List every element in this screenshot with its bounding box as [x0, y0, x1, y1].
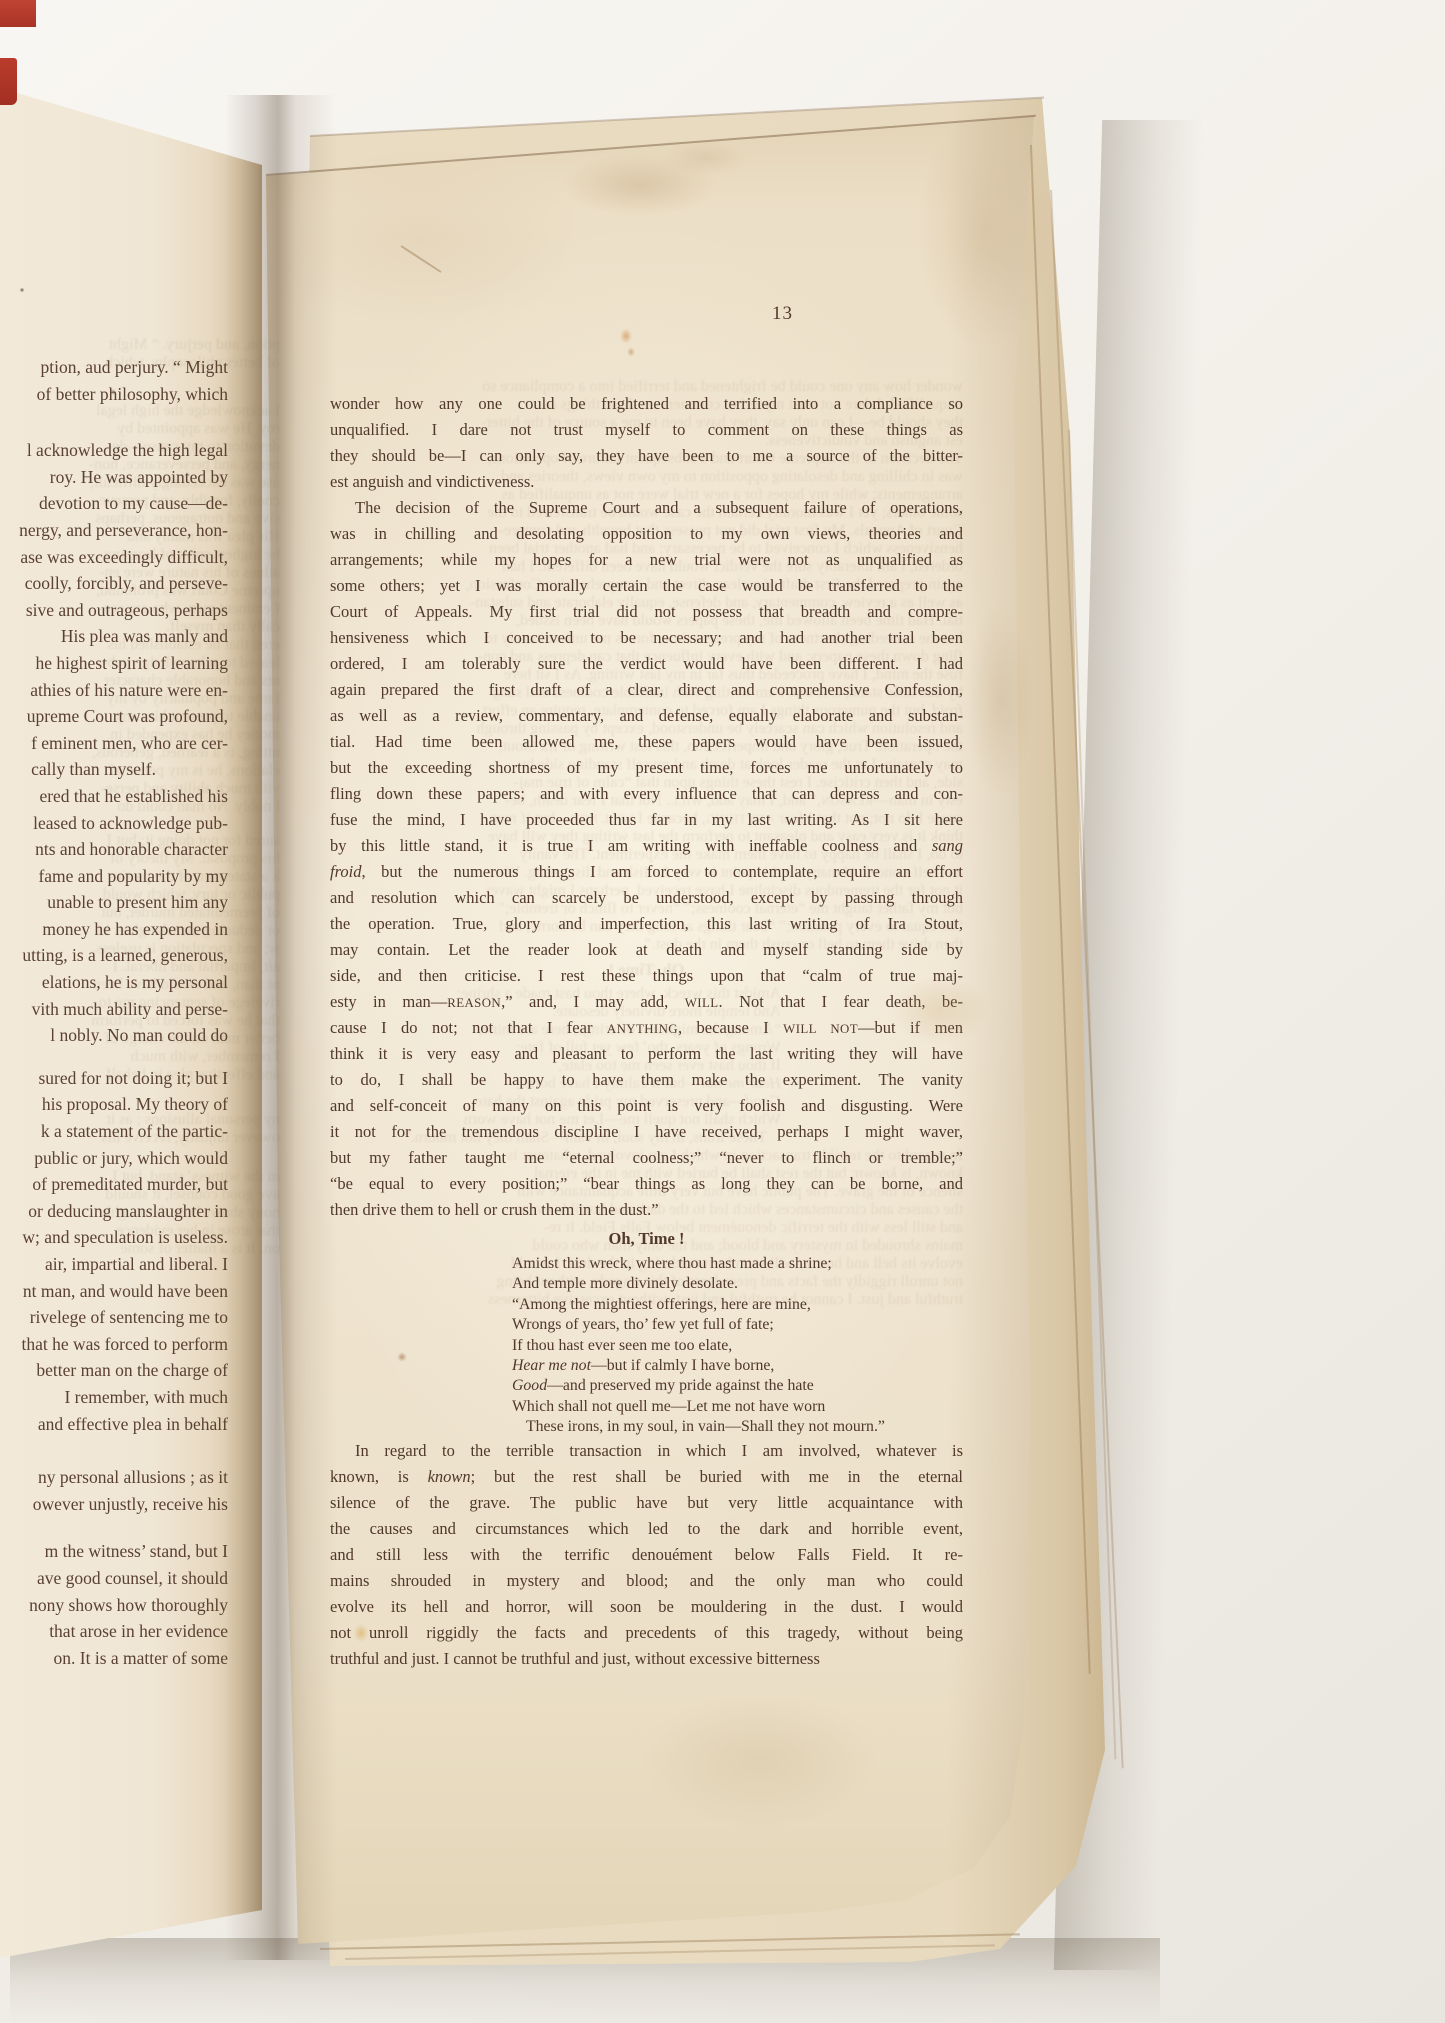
- text-line: tial. Had time been allowed me, these pa…: [330, 729, 963, 755]
- left-page-line: ase was exceedingly difficult,: [0, 544, 228, 571]
- left-page-line: I remember, with much: [0, 1384, 228, 1411]
- text-line: as well as a review, commentary, and def…: [330, 703, 963, 729]
- text-line: may contain. Let the reader look at deat…: [330, 937, 963, 963]
- poem-line: Good—and preserved my pride against the …: [512, 1376, 963, 1396]
- page-number: 13: [330, 303, 963, 325]
- left-page-line: money he has expended in: [0, 916, 228, 943]
- body-paragraph: The decision of the Supreme Court and a …: [330, 495, 963, 1223]
- left-page-line: utting, is a learned, generous,: [0, 942, 228, 969]
- left-page-line: and effective plea in behalf: [0, 1411, 228, 1438]
- left-page-line: w; and speculation is useless.: [0, 1224, 228, 1251]
- text-line: arrangements; while my hopes for a new t…: [330, 547, 963, 573]
- text-line: not unroll riggidly the facts and preced…: [330, 1620, 963, 1646]
- text-line: evolve its hell and horror, will soon be…: [330, 1594, 963, 1620]
- poem: Amidst this wreck, where thou hast made …: [512, 1254, 963, 1438]
- left-page-line: nony shows how thoroughly: [0, 1592, 228, 1619]
- left-page-line: of better philosophy, which: [0, 381, 228, 408]
- left-page-line: he highest spirit of learning: [0, 650, 228, 677]
- text-line: silence of the grave. The public have bu…: [330, 1490, 963, 1516]
- text-line: then drive them to hell or crush them in…: [330, 1197, 963, 1223]
- text-line: and resolution which can scarcely be und…: [330, 885, 963, 911]
- left-page-line: roy. He was appointed by: [0, 464, 228, 491]
- left-page-line: nts and honorable character: [0, 836, 228, 863]
- left-page-line: ered that he established his: [0, 783, 228, 810]
- left-page-line: l nobly. No man could do: [0, 1022, 228, 1049]
- left-page-line: on. It is a matter of some: [0, 1645, 228, 1672]
- left-page-text: ption, aud perjury. “ Mightof better phi…: [0, 354, 228, 1671]
- left-page-line: athies of his nature were en-: [0, 677, 228, 704]
- poem-line: These irons, in my soul, in vain—Shall t…: [526, 1417, 963, 1437]
- left-page-line: nt man, and would have been: [0, 1278, 228, 1305]
- red-object-edge: [0, 58, 17, 105]
- left-page-line: cally than myself.: [0, 756, 156, 783]
- page-number-value: 13: [772, 303, 793, 324]
- text-line: it not for the tremendous discipline I h…: [330, 1119, 963, 1145]
- left-page-line: f eminent men, who are cer-: [0, 730, 228, 757]
- left-page-line: ny personal allusions ; as it: [0, 1464, 228, 1491]
- text-line: think it is very easy and pleasant to pe…: [330, 1041, 963, 1067]
- text-line: and still less with the terrific denouém…: [330, 1542, 963, 1568]
- text-line: mains shrouded in mystery and blood; and…: [330, 1568, 963, 1594]
- text-line: but my father taught me “eternal coolnes…: [330, 1145, 963, 1171]
- left-page-line: that arose in her evidence: [0, 1618, 228, 1645]
- text-line: the operation. True, glory and imperfect…: [330, 911, 963, 937]
- left-page-line: public or jury, which would: [0, 1145, 228, 1172]
- text-line: fling down these papers; and with every …: [330, 781, 963, 807]
- text-line: In regard to the terrible transaction in…: [330, 1438, 963, 1464]
- text-line: unqualified. I dare not trust myself to …: [330, 417, 963, 443]
- body-paragraph: In regard to the terrible transaction in…: [330, 1438, 963, 1672]
- text-line: by this little stand, it is true I am wr…: [330, 833, 963, 859]
- red-object-edge: [0, 0, 36, 27]
- left-page-line: owever unjustly, receive his: [0, 1491, 228, 1518]
- left-page-line: vith much ability and perse-: [0, 996, 228, 1023]
- left-page-line: better man on the charge of: [0, 1357, 228, 1384]
- left-page-line: nergy, and perseverance, hon-: [0, 517, 228, 544]
- poem-line: And temple more divinely desolate.: [512, 1274, 963, 1294]
- left-page-line: His plea was manly and: [0, 623, 228, 650]
- text-line: Court of Appeals. My first trial did not…: [330, 599, 963, 625]
- text-line: side, and then criticise. I rest these t…: [330, 963, 963, 989]
- text-line: they should be—I can only say, they have…: [330, 443, 963, 469]
- right-page-text: wonder how any one could be frightened a…: [330, 391, 963, 1672]
- left-page-line: upreme Court was profound,: [0, 703, 228, 730]
- text-line: some others; yet I was morally certain t…: [330, 573, 963, 599]
- poem-line: Which shall not quell me—Let me not have…: [512, 1397, 963, 1417]
- text-line: was in chilling and desolating oppositio…: [330, 521, 963, 547]
- left-page-line: air, impartial and liberal. I: [0, 1251, 228, 1278]
- text-line: esty in man—REASON,” and, I may add, WIL…: [330, 989, 963, 1015]
- text-line: cause I do not; not that I fear ANYTHING…: [330, 1015, 963, 1041]
- left-page-line: leased to acknowledge pub-: [0, 810, 228, 837]
- text-line: truthful and just. I cannot be truthful …: [330, 1646, 963, 1672]
- left-page-line: l acknowledge the high legal: [0, 437, 228, 464]
- text-line: to do, I shall be happy to have them mak…: [330, 1067, 963, 1093]
- book-photograph: ption, aud perjury. “ Mightof better phi…: [0, 0, 1445, 2023]
- poem-title: Oh, Time !: [330, 1228, 963, 1250]
- text-line: ordered, I am tolerably sure the verdict…: [330, 651, 963, 677]
- left-page-line: that he was forced to perform: [0, 1331, 228, 1358]
- left-page-line: ption, aud perjury. “ Might: [0, 354, 228, 381]
- left-page-line: of premeditated murder, but: [0, 1171, 228, 1198]
- left-page-line: m the witness’ stand, but I: [0, 1538, 228, 1565]
- left-page-line: unable to present him any: [0, 889, 228, 916]
- text-line: wonder how any one could be frightened a…: [330, 391, 963, 417]
- left-page-line: or deducing manslaughter in: [0, 1198, 228, 1225]
- text-line: hensiveness which I conceived to be nece…: [330, 625, 963, 651]
- text-line: and self-conceit of many on this point i…: [330, 1093, 963, 1119]
- left-page-line: elations, he is my personal: [0, 969, 228, 996]
- left-page-line: his proposal. My theory of: [0, 1091, 228, 1118]
- text-line: “be equal to every position;” “bear thin…: [330, 1171, 963, 1197]
- poem-line: Wrongs of years, tho’ few yet full of fa…: [512, 1315, 963, 1335]
- poem-line: “Among the mightiest offerings, here are…: [512, 1295, 963, 1315]
- text-line: but the exceeding shortness of my presen…: [330, 755, 963, 781]
- poem-line: Amidst this wreck, where thou hast made …: [512, 1254, 963, 1274]
- poem-line: Hear me not—but if calmly I have borne,: [512, 1356, 963, 1376]
- left-page-line: devotion to my cause—de-: [0, 490, 228, 517]
- body-paragraph: wonder how any one could be frightened a…: [330, 391, 963, 495]
- left-page-line: sive and outrageous, perhaps: [0, 597, 228, 624]
- text-line: again prepared the first draft of a clea…: [330, 677, 963, 703]
- left-page-line: ave good counsel, it should: [0, 1565, 228, 1592]
- left-page-line: coolly, forcibly, and perseve-: [0, 570, 228, 597]
- left-page-line: k a statement of the partic-: [0, 1118, 228, 1145]
- text-line: fuse the mind, I have proceeded thus far…: [330, 807, 963, 833]
- text-line: known, is known; but the rest shall be b…: [330, 1464, 963, 1490]
- text-line: froid, but the numerous things I am forc…: [330, 859, 963, 885]
- left-page-line: fame and popularity by my: [0, 863, 228, 890]
- text-line: est anguish and vindictiveness.: [330, 469, 963, 495]
- poem-line: If thou hast ever seen me too elate,: [512, 1336, 963, 1356]
- left-page-line: rivelege of sentencing me to: [0, 1304, 228, 1331]
- left-page-line: sured for not doing it; but I: [0, 1065, 228, 1092]
- text-line: the causes and circumstances which led t…: [330, 1516, 963, 1542]
- text-line: The decision of the Supreme Court and a …: [330, 495, 963, 521]
